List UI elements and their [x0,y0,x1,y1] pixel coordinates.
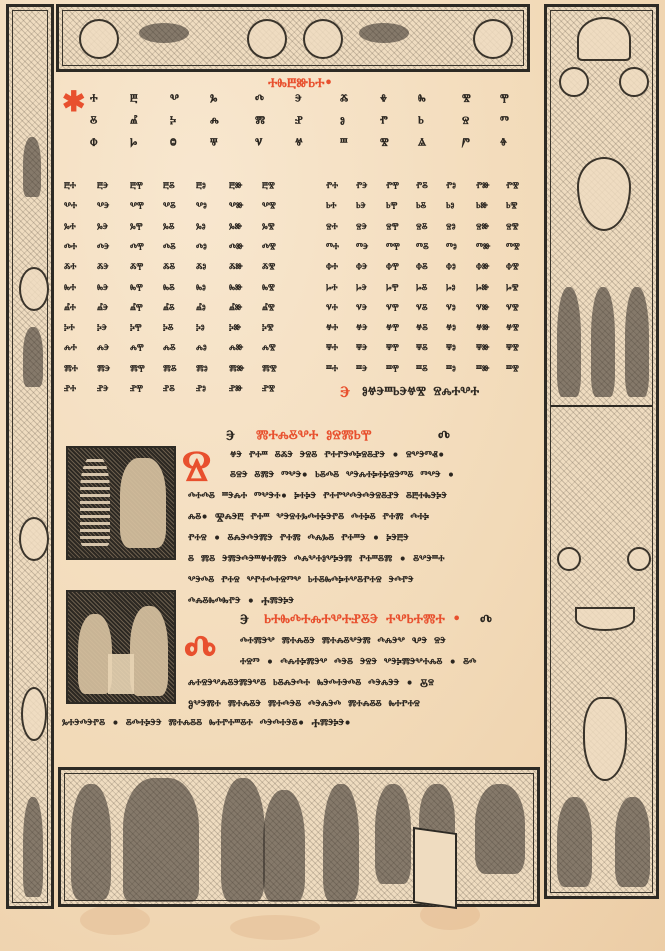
syllable-cell: ⰶⰹ [130,261,143,275]
putto-figure [23,327,43,387]
syllable-cell: ⰱⰰ [64,180,76,194]
syllable-cell: ⰸⰻ [163,282,175,296]
alphabet-letter: ⰵ [295,92,302,108]
syllable-cell: ⰿⱆ [229,363,244,377]
book-page: ⰀⰈⰁⰖⰓⰀ• ✱ ⰰⰱⰲⰳⰴⰵⰶⰷⰸⰺⰹⰻⰼⰽⰾⰿⱀⱁⱂⱃⱄⱅⱇⱈⱉⱋⱌⱍⱎⰺ… [0,0,665,951]
syllable-cell: ⰲⱁ [196,200,207,214]
syllable-cell: ⱍⰹ [386,322,399,336]
syllable-cell: ⱍⰻ [416,322,428,336]
flaming-urn-ornament [577,17,631,61]
syllable-cell: ⰽⰵ [97,322,107,336]
syllable-cell: ⱍⱆ [476,322,489,336]
woodcut-schoolroom [58,767,540,907]
syllable-cell: ⱃⰹ [386,200,397,214]
pupil-figure [263,790,305,902]
section2-open-mark-icon: Ⰵ [240,612,249,628]
syllable-cell: ⰳⰹ [130,221,143,235]
header-ornament-frieze [56,4,530,72]
syllable-cell: ⱂⰻ [416,180,428,194]
syllable-cell: ⱈⰺ [506,282,519,296]
syllable-cell: ⰲⱆ [229,200,243,214]
syllable-cell: ⰴⱆ [229,241,243,255]
syllable-cell: ⱎⰵ [356,363,367,377]
syllable-cell: ⱄⰹ [386,221,399,235]
text-line: ⰾⰻ• Ⰺⰾⰵⰱ ⱂⰰⱎ ⰲⰵⱄⰰⰳⰴⰰⰽⰵⱂⰻ ⰴⰰⰽⰻ ⱂⰰⰿ ⰴⰰⰽ [188,510,429,525]
syllable-cell: ⰳⰰ [64,221,76,235]
putto-figure [625,287,649,397]
syllable-cell: ⱇⰵ [356,261,367,275]
syllable-cell: ⰳⰻ [163,221,175,235]
desk-panel-flower [413,827,457,909]
alphabet-letter: ⰱ [130,92,138,108]
syllable-cell: ⰴⰺ [262,241,276,255]
syllable-cell: ⰴⰵ [97,241,109,255]
syllable-cell: ⰲⰻ [163,200,176,214]
syllable-cell: ⱄⰺ [506,221,519,235]
syllable-cell: ⰱⰹ [130,180,143,194]
syllable-cell: ⱋⰰ [326,342,338,356]
syllable-cell: ⱎⰻ [416,363,428,377]
syllable-cell: ⰸⱁ [196,282,206,296]
section2-initial: Ⰴ [184,628,216,670]
rosette-ornament [557,547,581,571]
syllable-cell: ⰾⰵ [97,342,109,356]
syllable-cell: ⱀⱆ [229,383,242,397]
syllable-cell: ⱄⰰ [326,221,338,235]
bird-figure [359,23,409,43]
syllable-cell: ⰽⰻ [163,322,174,336]
virgin-figure [130,606,168,696]
paper-stain [80,905,150,935]
alphabet-letter: ⱋ [210,136,218,152]
alphabet-letter: ⰼ [130,114,138,130]
syllable-cell: ⰿⰰ [64,363,78,377]
syllable-cell: ⱎⰰ [326,363,338,377]
syllable-cell: ⱅⰵ [356,241,368,255]
syllable-cell: ⱋⱁ [446,342,456,356]
syllable-cell: ⰶⱁ [196,261,206,275]
syllable-cell: ⰿⱁ [196,363,208,377]
pupil-figure [323,784,359,902]
syllable-cell: ⰲⰰ [64,200,77,214]
syllable-cell: ⰱⰻ [163,180,175,194]
text-line: ⰴⰰⰿⰵⰲ ⰿⰰⰾⰻⰵ ⰿⰰⰾⰻⰲⰵⰿ ⰴⰾⰵⰲ Ⰲⰵ ⱄⰵ [240,634,446,649]
syllable-cell: ⱄⱆ [476,221,489,235]
text-line: ⰴⰾⰻⰸⰴⰸⱂⰵ • Ⰰⰿⰵⰽⰵ [188,594,294,609]
syllable-cell: ⰾⰹ [130,342,144,356]
syllable-cell: ⰱⰵ [97,180,108,194]
syllable-cell: ⱋⰹ [386,342,399,356]
syllable-cell: ⱎⱆ [476,363,489,377]
section2-heading: ⰓⰀⰈⰄⰀⰎⰀⰂⰀⰐⰋⰅ ⰀⰂⰓⰀⰏⰀ • [264,612,461,627]
syllable-cell: ⱃⱁ [446,200,454,214]
alphabet-letter: ⱎ [340,136,348,152]
vase-ornament [19,517,49,561]
syllable-cell: ⱋⰻ [416,342,428,356]
alphabet-letter: ⱂ [380,114,388,130]
syllable-cell: ⱄⱁ [446,221,456,235]
alphabet-letter: ⱌ [255,136,262,152]
syllable-cell: ⰴⰻ [163,241,176,255]
alphabet-letter: ⱈ [130,136,137,152]
syllable-cell: ⰴⱁ [196,241,207,255]
alphabet-letter: ⰽ [170,114,176,130]
syllable-cell: ⱇⱁ [446,261,456,275]
syllable-cell: ⱌⰺ [506,302,519,316]
syllable-cell: ⱎⰹ [386,363,399,377]
rosette-ornament [619,67,649,97]
syllable-cell: ⱂⱆ [476,180,490,194]
syllable-cell: ⰼⰹ [130,302,143,316]
syllable-cell: ⰶⱆ [229,261,243,275]
syllable-cell: ⱈⰰ [326,282,338,296]
alphabet-letter: ⱅ [500,114,509,130]
alphabet-letter: ⱉ [170,136,177,152]
syllable-cell: ⱃⰺ [506,200,517,214]
syllable-cell: ⰶⰺ [262,261,275,275]
dragon-figure [557,797,592,887]
alphabet-letter: ⰶ [340,92,348,108]
rosette-ornament [627,547,651,571]
alphabet-letter: ⰰ [90,92,98,108]
syllable-cell: ⰾⰻ [163,342,176,356]
putto-figure [23,137,41,197]
syllable-cell: ⱇⰰ [326,261,338,275]
alphabet-letter: ⰳ [210,92,217,108]
syllable-cell: ⱈⰹ [386,282,399,296]
syllable-cell: ⱅⱁ [446,241,457,255]
pupil-figure [475,784,525,874]
syllable-cell: ⱃⰵ [356,200,366,214]
syllable-cell: ⱋⰵ [356,342,367,356]
vase-ornament [19,267,49,311]
syllable-cell: ⰽⱁ [196,322,205,336]
syllable-cell: ⰼⰵ [97,302,108,316]
syllable-cell: ⱌⰵ [356,302,367,316]
syllable-cell: ⰶⰻ [163,261,175,275]
asterisk-mark-icon: ✱ [62,88,85,116]
lectern [108,654,134,694]
text-line: ⰻⱄⰵ ⰻⰿⰵ ⱅⰲⰵ• ⱃⰻⰴⰻ ⰲⰵⰾⰰⰽⰰⰽⱄⰵⱅⰻ ⱅⰲⰵ • [230,468,454,483]
syllable-cell: ⱄⰵ [356,221,367,235]
alphabet-letter: ⱀ [295,114,303,130]
syllable-cell: ⱀⰺ [262,383,275,397]
syllable-cell: ⰳⱁ [196,221,206,235]
text-line: ⰲⰵⰴⰻ ⱂⰰⱄ ⰲⱂⰰⰴⰰⱄⱅⰲ ⱃⰰⰻⰸⰴⰽⰰⰲⰻⱂⰰⱄ ⰵⰴⱂⰵ [188,573,414,588]
syllable-cell: ⰳⰵ [97,221,108,235]
text-line: Ⱁⰲⰵⰿⰰ ⰿⰰⰾⰻⰵ ⰿⰰⰴⰵⰻ ⰴⰵⰾⰵⰴ ⰿⰰⰾⰻⰻ ⰸⰰⱂⰰⱄ [188,697,420,712]
text-line: ⰻ ⰿⰻ ⰵⰿⰵⰴⰵⱎⱍⰰⰿⰵ ⰴⰾⰲⰰⱁⰲⰽⰵⰿ ⱂⰰⱎⰻⰿ • ⰻⰲⰵⱎⰰ [188,552,444,567]
alphabet-letter: ⰹ [500,92,509,108]
vase-ornament [583,697,627,781]
alphabet-letter: ⱍ [295,136,303,152]
angel-figure [78,614,112,694]
alphabet-letter: ⰴ [255,92,264,108]
syllable-cell: ⰲⰺ [262,200,276,214]
syllable-cell: ⰽⱆ [229,322,241,336]
rosette-ornament [559,67,589,97]
syllable-cell: ⱃⰰ [326,200,336,214]
syllable-cell: ⰿⰻ [163,363,177,377]
syllable-cell: ⰾⱆ [229,342,243,356]
syllable-cell: ⱇⰹ [386,261,399,275]
syllable-cell: ⱅⰺ [506,241,520,255]
syllable-cell: ⱂⰺ [506,180,519,194]
syllable-cell: ⱀⰰ [64,383,76,397]
syllable-cell: ⰸⰺ [262,282,275,296]
bird-figure [139,23,189,43]
text-line: ⰳⰰⰵⰴⰵⱂⰻ • ⰻⰴⰰⰽⰵⰵ ⰿⰰⰾⰻⰻ ⰸⰰⱂⰰⱎⰻⰰ ⰴⰵⰴⰰⰵⰻ• Ⰰ… [62,716,351,731]
alphabet-letter: ⱖ [500,136,507,152]
section1-close-mark-icon: Ⰴ [438,428,450,444]
syllable-cell: ⰼⰰ [64,302,76,316]
rosette-ornament [79,19,119,59]
syllable-cell: ⱍⰰ [326,322,338,336]
section2-close-mark-icon: Ⰴ [480,612,492,628]
section1-open-mark-icon: Ⰵ [226,428,235,444]
pupil-figure [375,784,411,884]
syllable-cell: ⱀⰹ [130,383,143,397]
vase-ornament [21,687,47,741]
text-line: ⰰⱄⱅ • ⰴⰾⰰⰽⰿⰵⰲ ⰴⰵⰻ ⰵⱄⰵ ⰲⰵⰽⰿⰵⰲⰰⰾⰻ • ⰻⰴ [240,655,476,670]
alphabet-letter: ⱓ [462,136,470,152]
section1-heading: ⰏⰀⰎⰋⰂⰀ ⰑⰔⰏⰓⰉ [256,428,372,443]
syllable-cell: ⰽⰹ [130,322,142,336]
alphabet-letter: ⱑ [418,136,426,152]
syllable-cell: ⱋⰺ [506,342,519,356]
syllable-cell: ⰿⰺ [262,363,277,377]
text-line: ⱂⰰⱄ • ⰻⰾⰵⰴⰵⰿⰵ ⱂⰰⰿ ⰴⰾⰳⰻ ⱂⰰⱎⰵ • ⰽⰵⰱⰵ [188,531,409,546]
text-line: ⱍⰵ ⱂⰰⱎ ⰻⰶⰵ ⰵⱄⰻ ⱂⰰⱂⰵⰴⰽⱄⰻⱀⰵ • ⱄⰲⰵⱅⱏ• [230,448,445,463]
syllable-cell: ⰲⰹ [130,200,144,214]
syllable-cell: ⱇⰻ [416,261,428,275]
syllable-cell: ⰼⰺ [262,302,275,316]
syllable-cell: ⰳⱆ [229,221,242,235]
syllable-cell: ⰸⰹ [130,282,143,296]
text-line: ⰾⰰⱄⰵⰲⰾⰻⰵⰿⰵⰲⰻ ⱃⰻⰾⰵⰴⰰ ⰸⰵⰴⰰⰵⰴⰻ ⰴⰵⰾⰵⰵ • Ⰻⱄ [188,676,434,691]
alphabet-letter: ⰲ [170,92,179,108]
standing-cleric-figure [71,784,111,900]
syllable-cell: ⰿⰵ [97,363,110,377]
syllable-cell: ⰼⱆ [229,302,242,316]
putto-figure [23,797,43,897]
syllable-cell: ⰿⰹ [130,363,145,377]
syllable-cell: ⱃⰻ [416,200,426,214]
syllable-cell: ⱍⰵ [356,322,367,336]
syllable-cell: ⱍⱁ [446,322,456,336]
syllable-cell: ⱌⰰ [326,302,338,316]
syllable-cell: ⰼⰻ [163,302,175,316]
alphabet-letter: ⰻ [90,114,97,130]
alphabet-letter: ⰿ [255,114,265,130]
syllable-cell: ⱋⱆ [476,342,489,356]
syllable-cell: ⱂⱁ [446,180,456,194]
closing-mark-icon: Ⰵ [340,382,350,402]
alphabet-letter: ⰸ [418,92,426,108]
syllable-cell: ⱎⰺ [506,363,519,377]
putto-figure [557,287,581,397]
syllable-cell: ⱅⰻ [416,241,429,255]
syllable-cell: ⱂⰰ [326,180,338,194]
syllable-cell: ⰴⰰ [64,241,77,255]
syllable-cell: ⱀⰻ [163,383,175,397]
syllable-cell: ⱈⱆ [476,282,489,296]
man-figure [120,458,166,548]
closing-words: ⰑⰝⰅⰞⰓⰅⰝⰊ ⰔⰎⰀⰂⰀ [362,384,479,399]
syllable-cell: ⰸⰵ [97,282,108,296]
alphabet-letter: ⰾ [210,114,219,130]
syllable-cell: ⱇⱆ [476,261,489,275]
syllable-cell: ⱀⱁ [196,383,206,397]
rosette-ornament [473,19,513,59]
syllable-cell: ⰴⰹ [130,241,144,255]
syllable-cell: ⱌⰻ [416,302,428,316]
syllable-cell: ⰸⰰ [64,282,76,296]
syllable-cell: ⱄⰻ [416,221,427,235]
enthroned-master-figure [123,778,199,902]
syllable-cell: ⰱⱆ [229,180,242,194]
alphabet-letter: ⱇ [90,136,98,152]
syllable-cell: ⰾⱁ [196,342,207,356]
syllable-cell: ⱌⰹ [386,302,399,316]
syllable-cell: ⰲⰵ [97,200,109,214]
syllable-cell: ⰽⰰ [64,322,75,336]
alphabet-letter: ⱄ [462,114,469,130]
syllable-cell: ⱍⰺ [506,322,519,336]
pupil-figure [221,778,265,902]
syllable-cell: ⱀⰵ [97,383,108,397]
alphabet-title: ⰀⰈⰁⰖⰓⰀ• [268,76,332,91]
alphabet-letter: ⰺ [462,92,471,108]
dragon-figure [615,797,650,887]
syllable-cell: ⱅⰰ [326,241,339,255]
syllable-cell: ⱂⰵ [356,180,367,194]
woodcut-annunciation [66,590,176,704]
syllable-cell: ⰽⰺ [262,322,274,336]
alphabet-letter: ⱃ [418,114,424,130]
syllable-cell: ⱂⰹ [386,180,399,194]
syllable-cell: ⱎⱁ [446,363,456,377]
syllable-cell: ⱈⰻ [416,282,427,296]
bowl-ornament [575,607,635,631]
rosette-ornament [303,19,343,59]
rosette-ornament [247,19,287,59]
right-ornamental-border [544,4,659,899]
syllable-cell: ⱈⰵ [356,282,367,296]
syllable-cell: ⱅⰹ [386,241,400,255]
syllable-cell: ⱃⱆ [476,200,488,214]
skeleton-figure [80,456,110,546]
text-line: ⰴⰰⰴⰻ ⱎⰵⰾⰰ ⱅⰲⰵⰰ• ⰽⰰⰽⰵ ⱂⰰⱂⰲⰴⰵⰴⰵⱄⰻⱀⰵ ⰻⰱⰰⰸⰵⰽ… [188,489,447,504]
syllable-cell: ⰳⰺ [262,221,275,235]
syllable-cell: ⱇⰺ [506,261,519,275]
syllable-cell: ⰾⰰ [64,342,77,356]
syllable-cell: ⱌⱆ [476,302,489,316]
left-ornamental-border [6,4,54,909]
section1-initial: Ⱄ [182,443,211,489]
paper-stain [230,915,320,940]
syllable-cell: ⰱⰺ [262,180,275,194]
alphabet-letter: ⱁ [340,114,345,130]
syllable-cell: ⱈⱁ [446,282,456,296]
putto-figure [591,287,615,397]
woodcut-death-and-man [66,446,176,560]
syllable-cell: ⱅⱆ [476,241,490,255]
alphabet-letter: ⰷ [380,92,387,108]
syllable-cell: ⱌⱁ [446,302,456,316]
syllable-cell: ⰼⱁ [196,302,206,316]
syllable-cell: ⰾⰺ [262,342,276,356]
syllable-cell: ⰸⱆ [229,282,242,296]
syllable-cell: ⰶⰵ [97,261,109,275]
alphabet-letter: ⰺ [380,136,389,152]
syllable-cell: ⰱⱁ [196,180,206,194]
syllable-cell: ⰶⰰ [64,261,76,275]
